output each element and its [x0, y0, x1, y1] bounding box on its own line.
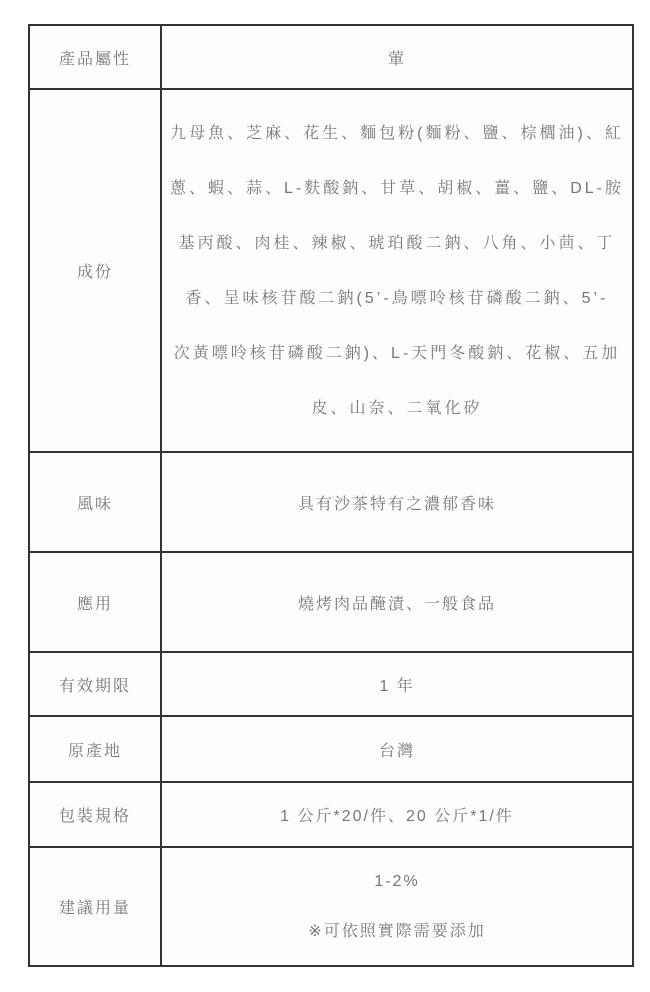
row-value-shelf-life: 1 年: [161, 652, 633, 716]
product-spec-page: 產品屬性 葷 成份 九母魚、芝麻、花生、麵包粉(麵粉、鹽、棕櫚油)、紅 蔥、蝦、…: [0, 0, 650, 992]
row-label-ingredients: 成份: [29, 89, 161, 452]
row-packaging: 包裝規格 1 公斤*20/件、20 公斤*1/件: [29, 782, 633, 847]
row-value-packaging: 1 公斤*20/件、20 公斤*1/件: [161, 782, 633, 847]
row-value-ingredients: 九母魚、芝麻、花生、麵包粉(麵粉、鹽、棕櫚油)、紅 蔥、蝦、蒜、L-麩酸鈉、甘草…: [161, 89, 633, 452]
row-value-origin: 台灣: [161, 716, 633, 782]
row-label-product-attribute: 產品屬性: [29, 25, 161, 89]
row-label-packaging: 包裝規格: [29, 782, 161, 847]
row-label-origin: 原產地: [29, 716, 161, 782]
row-value-product-attribute: 葷: [161, 25, 633, 89]
row-value-flavor: 具有沙茶特有之濃郁香味: [161, 452, 633, 552]
row-product-attribute: 產品屬性 葷: [29, 25, 633, 89]
row-value-dosage: 1-2% ※可依照實際需要添加: [161, 847, 633, 966]
row-label-shelf-life: 有效期限: [29, 652, 161, 716]
row-flavor: 風味 具有沙茶特有之濃郁香味: [29, 452, 633, 552]
row-label-dosage: 建議用量: [29, 847, 161, 966]
row-value-application: 燒烤肉品醃漬、一般食品: [161, 552, 633, 652]
row-application: 應用 燒烤肉品醃漬、一般食品: [29, 552, 633, 652]
ingredients-line-4: 香、呈味核苷酸二鈉(5’-鳥嘌呤核苷磷酸二鈉、5’-: [168, 271, 626, 326]
ingredients-line-3: 基丙酸、肉桂、辣椒、琥珀酸二鈉、八角、小茴、丁: [168, 216, 626, 271]
dosage-line-note: ※可依照實際需要添加: [168, 907, 626, 957]
row-shelf-life: 有效期限 1 年: [29, 652, 633, 716]
ingredients-line-5: 次黃嘌呤核苷磷酸二鈉)、L-天門冬酸鈉、花椒、五加: [168, 326, 626, 381]
row-label-flavor: 風味: [29, 452, 161, 552]
ingredients-line-2: 蔥、蝦、蒜、L-麩酸鈉、甘草、胡椒、薑、鹽、DL-胺: [168, 161, 626, 216]
dosage-line-percentage: 1-2%: [168, 857, 626, 907]
ingredients-line-1: 九母魚、芝麻、花生、麵包粉(麵粉、鹽、棕櫚油)、紅: [168, 106, 626, 161]
row-origin: 原產地 台灣: [29, 716, 633, 782]
row-dosage: 建議用量 1-2% ※可依照實際需要添加: [29, 847, 633, 966]
product-spec-table: 產品屬性 葷 成份 九母魚、芝麻、花生、麵包粉(麵粉、鹽、棕櫚油)、紅 蔥、蝦、…: [28, 24, 634, 967]
row-ingredients: 成份 九母魚、芝麻、花生、麵包粉(麵粉、鹽、棕櫚油)、紅 蔥、蝦、蒜、L-麩酸鈉…: [29, 89, 633, 452]
ingredients-line-6: 皮、山奈、二氧化矽: [168, 381, 626, 436]
row-label-application: 應用: [29, 552, 161, 652]
